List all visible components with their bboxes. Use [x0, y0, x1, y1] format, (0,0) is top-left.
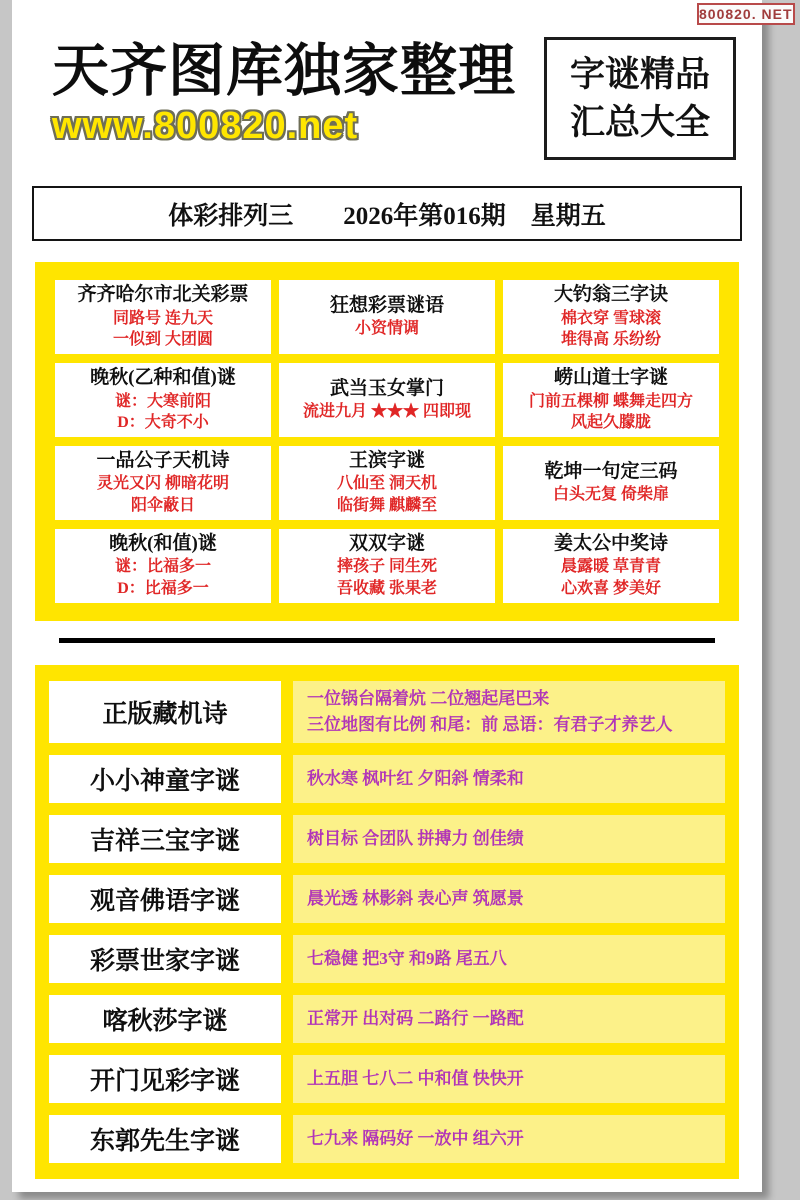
puzzle-card-line: 摔孩子 同生死 — [337, 556, 437, 578]
puzzle-card-title: 晚秋(和值)谜 — [109, 532, 217, 557]
puzzle-card-line: 八仙至 洞天机 — [337, 473, 437, 495]
summary-box-line2: 汇总大全 — [570, 99, 710, 146]
riddle-row: 东郭先生字谜 七九来 隔码好 一放中 组六开 — [49, 1115, 725, 1163]
puzzle-card-line: D：比福多一 — [117, 578, 209, 600]
riddle-content-line: 上五胆 七八二 中和值 快快开 — [307, 1066, 717, 1092]
riddle-label: 开门见彩字谜 — [49, 1055, 281, 1103]
riddle-row: 吉祥三宝字谜 树目标 合团队 拼搏力 创佳绩 — [49, 815, 725, 863]
riddle-content-line: 树目标 合团队 拼搏力 创佳绩 — [307, 826, 717, 852]
puzzle-card-line: 棉衣穿 雪球滚 — [561, 308, 661, 330]
puzzle-card: 晚秋(乙种和值)谜 谜：大寒前阳 D：大奇不小 — [55, 363, 271, 437]
riddle-label: 东郭先生字谜 — [49, 1115, 281, 1163]
riddle-content: 正常开 出对码 二路行 一路配 — [293, 995, 725, 1043]
puzzle-card: 双双字谜 摔孩子 同生死 吾收藏 张果老 — [279, 529, 495, 603]
puzzle-card-title: 齐齐哈尔市北关彩票 — [77, 283, 248, 308]
riddle-content: 七九来 隔码好 一放中 组六开 — [293, 1115, 725, 1163]
riddle-content-line: 正常开 出对码 二路行 一路配 — [307, 1006, 717, 1032]
riddle-content: 上五胆 七八二 中和值 快快开 — [293, 1055, 725, 1103]
puzzle-card-title: 王滨字谜 — [349, 449, 425, 474]
issue-bar: 体彩排列三 2026年第016期 星期五 — [32, 186, 742, 241]
puzzle-card-title: 乾坤一句定三码 — [544, 460, 677, 485]
puzzle-card-title: 双双字谜 — [349, 532, 425, 557]
riddle-content-line: 七稳健 把3守 和9路 尾五八 — [307, 946, 717, 972]
puzzle-card: 齐齐哈尔市北关彩票 同路号 连九天 一似到 大团圆 — [55, 280, 271, 354]
riddle-label: 小小神童字谜 — [49, 755, 281, 803]
riddle-content-line: 一位锅台隔着炕 二位翘起尾巴来 — [307, 686, 717, 712]
puzzle-card-line: 阳伞蔽日 — [131, 495, 195, 517]
puzzle-card: 武当玉女掌门 流进九月 ★★★ 四即现 — [279, 363, 495, 437]
puzzle-card-line: 小资情调 — [355, 318, 419, 340]
section-divider — [59, 638, 715, 643]
puzzle-card-line: 临街舞 麒麟至 — [337, 495, 437, 517]
puzzle-card-line: 流进九月 ★★★ 四即现 — [303, 401, 471, 423]
puzzle-card-title: 狂想彩票谜语 — [330, 294, 444, 319]
puzzle-card-line: 风起久朦胧 — [571, 412, 651, 434]
puzzle-card-line: 堆得高 乐纷纷 — [561, 329, 661, 351]
puzzle-card-line: 谜：大寒前阳 — [115, 391, 211, 413]
page: 天齐图库独家整理 www.800820.net 字谜精品 汇总大全 体彩排列三 … — [12, 0, 762, 1192]
riddle-content: 一位锅台隔着炕 二位翘起尾巴来 三位地图有比例 和尾：前 忌语：有君子才养艺人 — [293, 681, 725, 743]
riddle-content: 七稳健 把3守 和9路 尾五八 — [293, 935, 725, 983]
puzzle-card: 王滨字谜 八仙至 洞天机 临街舞 麒麟至 — [279, 446, 495, 520]
puzzle-card: 姜太公中奖诗 晨露暖 草青青 心欢喜 梦美好 — [503, 529, 719, 603]
riddle-content-line: 七九来 隔码好 一放中 组六开 — [307, 1126, 717, 1152]
site-url-link[interactable]: www.800820.net — [52, 105, 516, 148]
site-corner-badge: 800820. NET — [697, 3, 795, 25]
riddle-content: 树目标 合团队 拼搏力 创佳绩 — [293, 815, 725, 863]
puzzle-card-line: 灵光又闪 柳暗花明 — [97, 473, 229, 495]
summary-box-line1: 字谜精品 — [570, 51, 710, 98]
riddle-content-line: 三位地图有比例 和尾：前 忌语：有君子才养艺人 — [307, 712, 717, 738]
puzzle-card-line: 白头无复 倚柴扉 — [553, 484, 669, 506]
riddle-label: 吉祥三宝字谜 — [49, 815, 281, 863]
riddle-row: 正版藏机诗 一位锅台隔着炕 二位翘起尾巴来 三位地图有比例 和尾：前 忌语：有君… — [49, 681, 725, 743]
puzzle-card: 乾坤一句定三码 白头无复 倚柴扉 — [503, 446, 719, 520]
puzzle-card-title: 大钓翁三字诀 — [554, 283, 668, 308]
puzzle-card: 崂山道士字谜 门前五棵柳 蝶舞走四方 风起久朦胧 — [503, 363, 719, 437]
riddle-label: 彩票世家字谜 — [49, 935, 281, 983]
puzzle-card-line: 一似到 大团圆 — [113, 329, 213, 351]
riddle-list-panel: 正版藏机诗 一位锅台隔着炕 二位翘起尾巴来 三位地图有比例 和尾：前 忌语：有君… — [35, 665, 739, 1179]
puzzle-card: 一品公子天机诗 灵光又闪 柳暗花明 阳伞蔽日 — [55, 446, 271, 520]
riddle-label: 正版藏机诗 — [49, 681, 281, 743]
puzzle-card: 大钓翁三字诀 棉衣穿 雪球滚 堆得高 乐纷纷 — [503, 280, 719, 354]
puzzle-card-title: 姜太公中奖诗 — [554, 532, 668, 557]
summary-box: 字谜精品 汇总大全 — [544, 37, 736, 160]
puzzle-card-title: 武当玉女掌门 — [330, 377, 444, 402]
puzzle-card-title: 一品公子天机诗 — [96, 449, 229, 474]
puzzle-card: 晚秋(和值)谜 谜：比福多一 D：比福多一 — [55, 529, 271, 603]
puzzle-card-line: 门前五棵柳 蝶舞走四方 — [529, 391, 693, 413]
riddle-row: 彩票世家字谜 七稳健 把3守 和9路 尾五八 — [49, 935, 725, 983]
puzzle-card-line: 谜：比福多一 — [115, 556, 211, 578]
riddle-row: 开门见彩字谜 上五胆 七八二 中和值 快快开 — [49, 1055, 725, 1103]
riddle-content: 晨光透 林影斜 表心声 筑愿景 — [293, 875, 725, 923]
puzzle-card-title: 晚秋(乙种和值)谜 — [90, 366, 236, 391]
riddle-row: 观音佛语字谜 晨光透 林影斜 表心声 筑愿景 — [49, 875, 725, 923]
puzzle-card-line: 晨露暖 草青青 — [561, 556, 661, 578]
header: 天齐图库独家整理 www.800820.net 字谜精品 汇总大全 — [12, 0, 762, 166]
puzzle-card: 狂想彩票谜语 小资情调 — [279, 280, 495, 354]
riddle-content: 秋水寒 枫叶红 夕阳斜 情柔和 — [293, 755, 725, 803]
riddle-label: 喀秋莎字谜 — [49, 995, 281, 1043]
riddle-row: 喀秋莎字谜 正常开 出对码 二路行 一路配 — [49, 995, 725, 1043]
riddle-content-line: 晨光透 林影斜 表心声 筑愿景 — [307, 886, 717, 912]
header-left: 天齐图库独家整理 www.800820.net — [52, 40, 516, 148]
page-title: 天齐图库独家整理 — [52, 40, 516, 103]
puzzle-card-line: D：大奇不小 — [117, 412, 209, 434]
puzzle-card-line: 同路号 连九天 — [113, 308, 213, 330]
riddle-label: 观音佛语字谜 — [49, 875, 281, 923]
riddle-row: 小小神童字谜 秋水寒 枫叶红 夕阳斜 情柔和 — [49, 755, 725, 803]
riddle-content-line: 秋水寒 枫叶红 夕阳斜 情柔和 — [307, 766, 717, 792]
puzzle-cards-panel: 齐齐哈尔市北关彩票 同路号 连九天 一似到 大团圆 狂想彩票谜语 小资情调 大钓… — [35, 262, 739, 621]
puzzle-card-line: 心欢喜 梦美好 — [561, 578, 661, 600]
puzzle-card-line: 吾收藏 张果老 — [337, 578, 437, 600]
puzzle-card-title: 崂山道士字谜 — [554, 366, 668, 391]
